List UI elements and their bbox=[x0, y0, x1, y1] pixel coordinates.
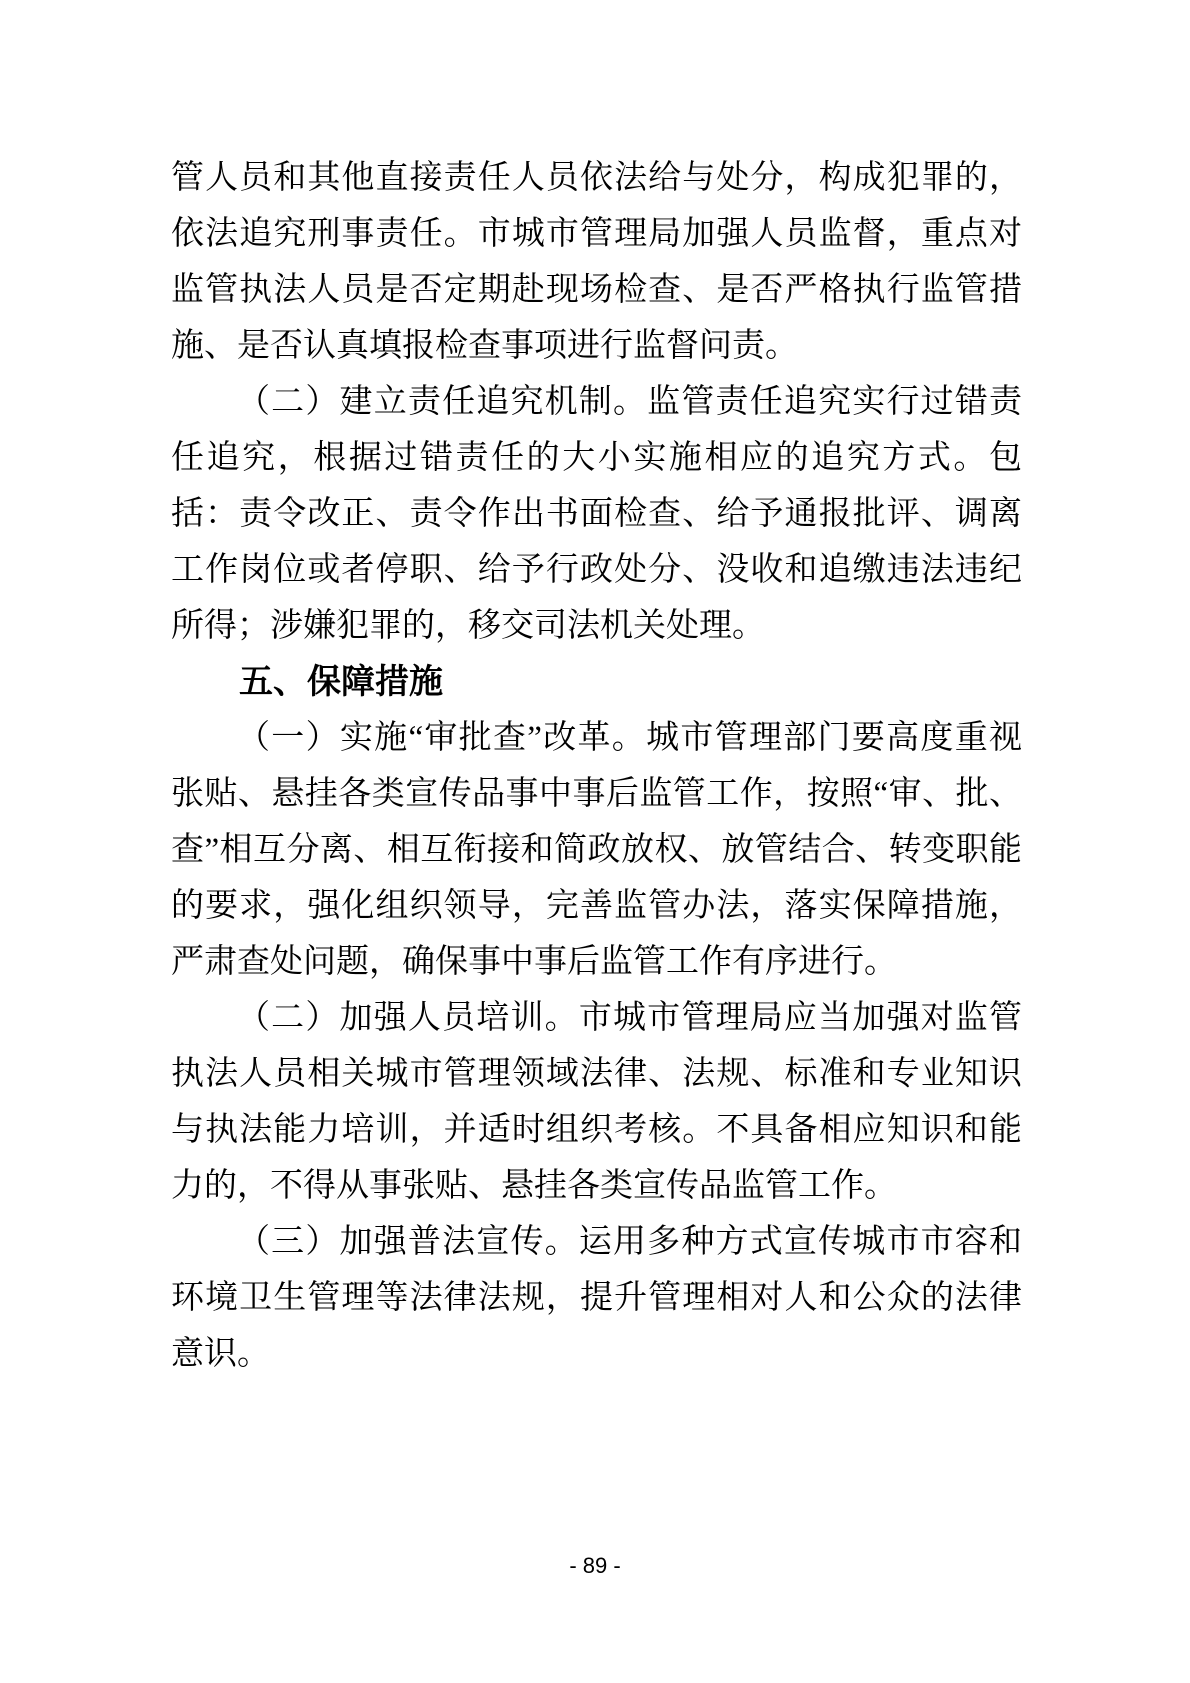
paragraph: （二）建立责任追究机制。监管责任追究实行过错责任追究，根据过错责任的大小实施相应… bbox=[171, 374, 1022, 654]
document-body: 管人员和其他直接责任人员依法给与处分，构成犯罪的，依法追究刑事责任。市城市管理局… bbox=[171, 150, 1022, 1382]
document-page: 管人员和其他直接责任人员依法给与处分，构成犯罪的，依法追究刑事责任。市城市管理局… bbox=[0, 0, 1190, 1683]
paragraph: （一）实施“审批查”改革。城市管理部门要高度重视张贴、悬挂各类宣传品事中事后监管… bbox=[171, 710, 1022, 990]
paragraph: （三）加强普法宣传。运用多种方式宣传城市市容和环境卫生管理等法律法规，提升管理相… bbox=[171, 1214, 1022, 1382]
paragraph: 管人员和其他直接责任人员依法给与处分，构成犯罪的，依法追究刑事责任。市城市管理局… bbox=[171, 150, 1022, 374]
paragraph: （二）加强人员培训。市城市管理局应当加强对监管执法人员相关城市管理领域法律、法规… bbox=[171, 990, 1022, 1214]
section-heading: 五、保障措施 bbox=[171, 654, 1022, 710]
page-number: - 89 - bbox=[0, 1552, 1190, 1580]
